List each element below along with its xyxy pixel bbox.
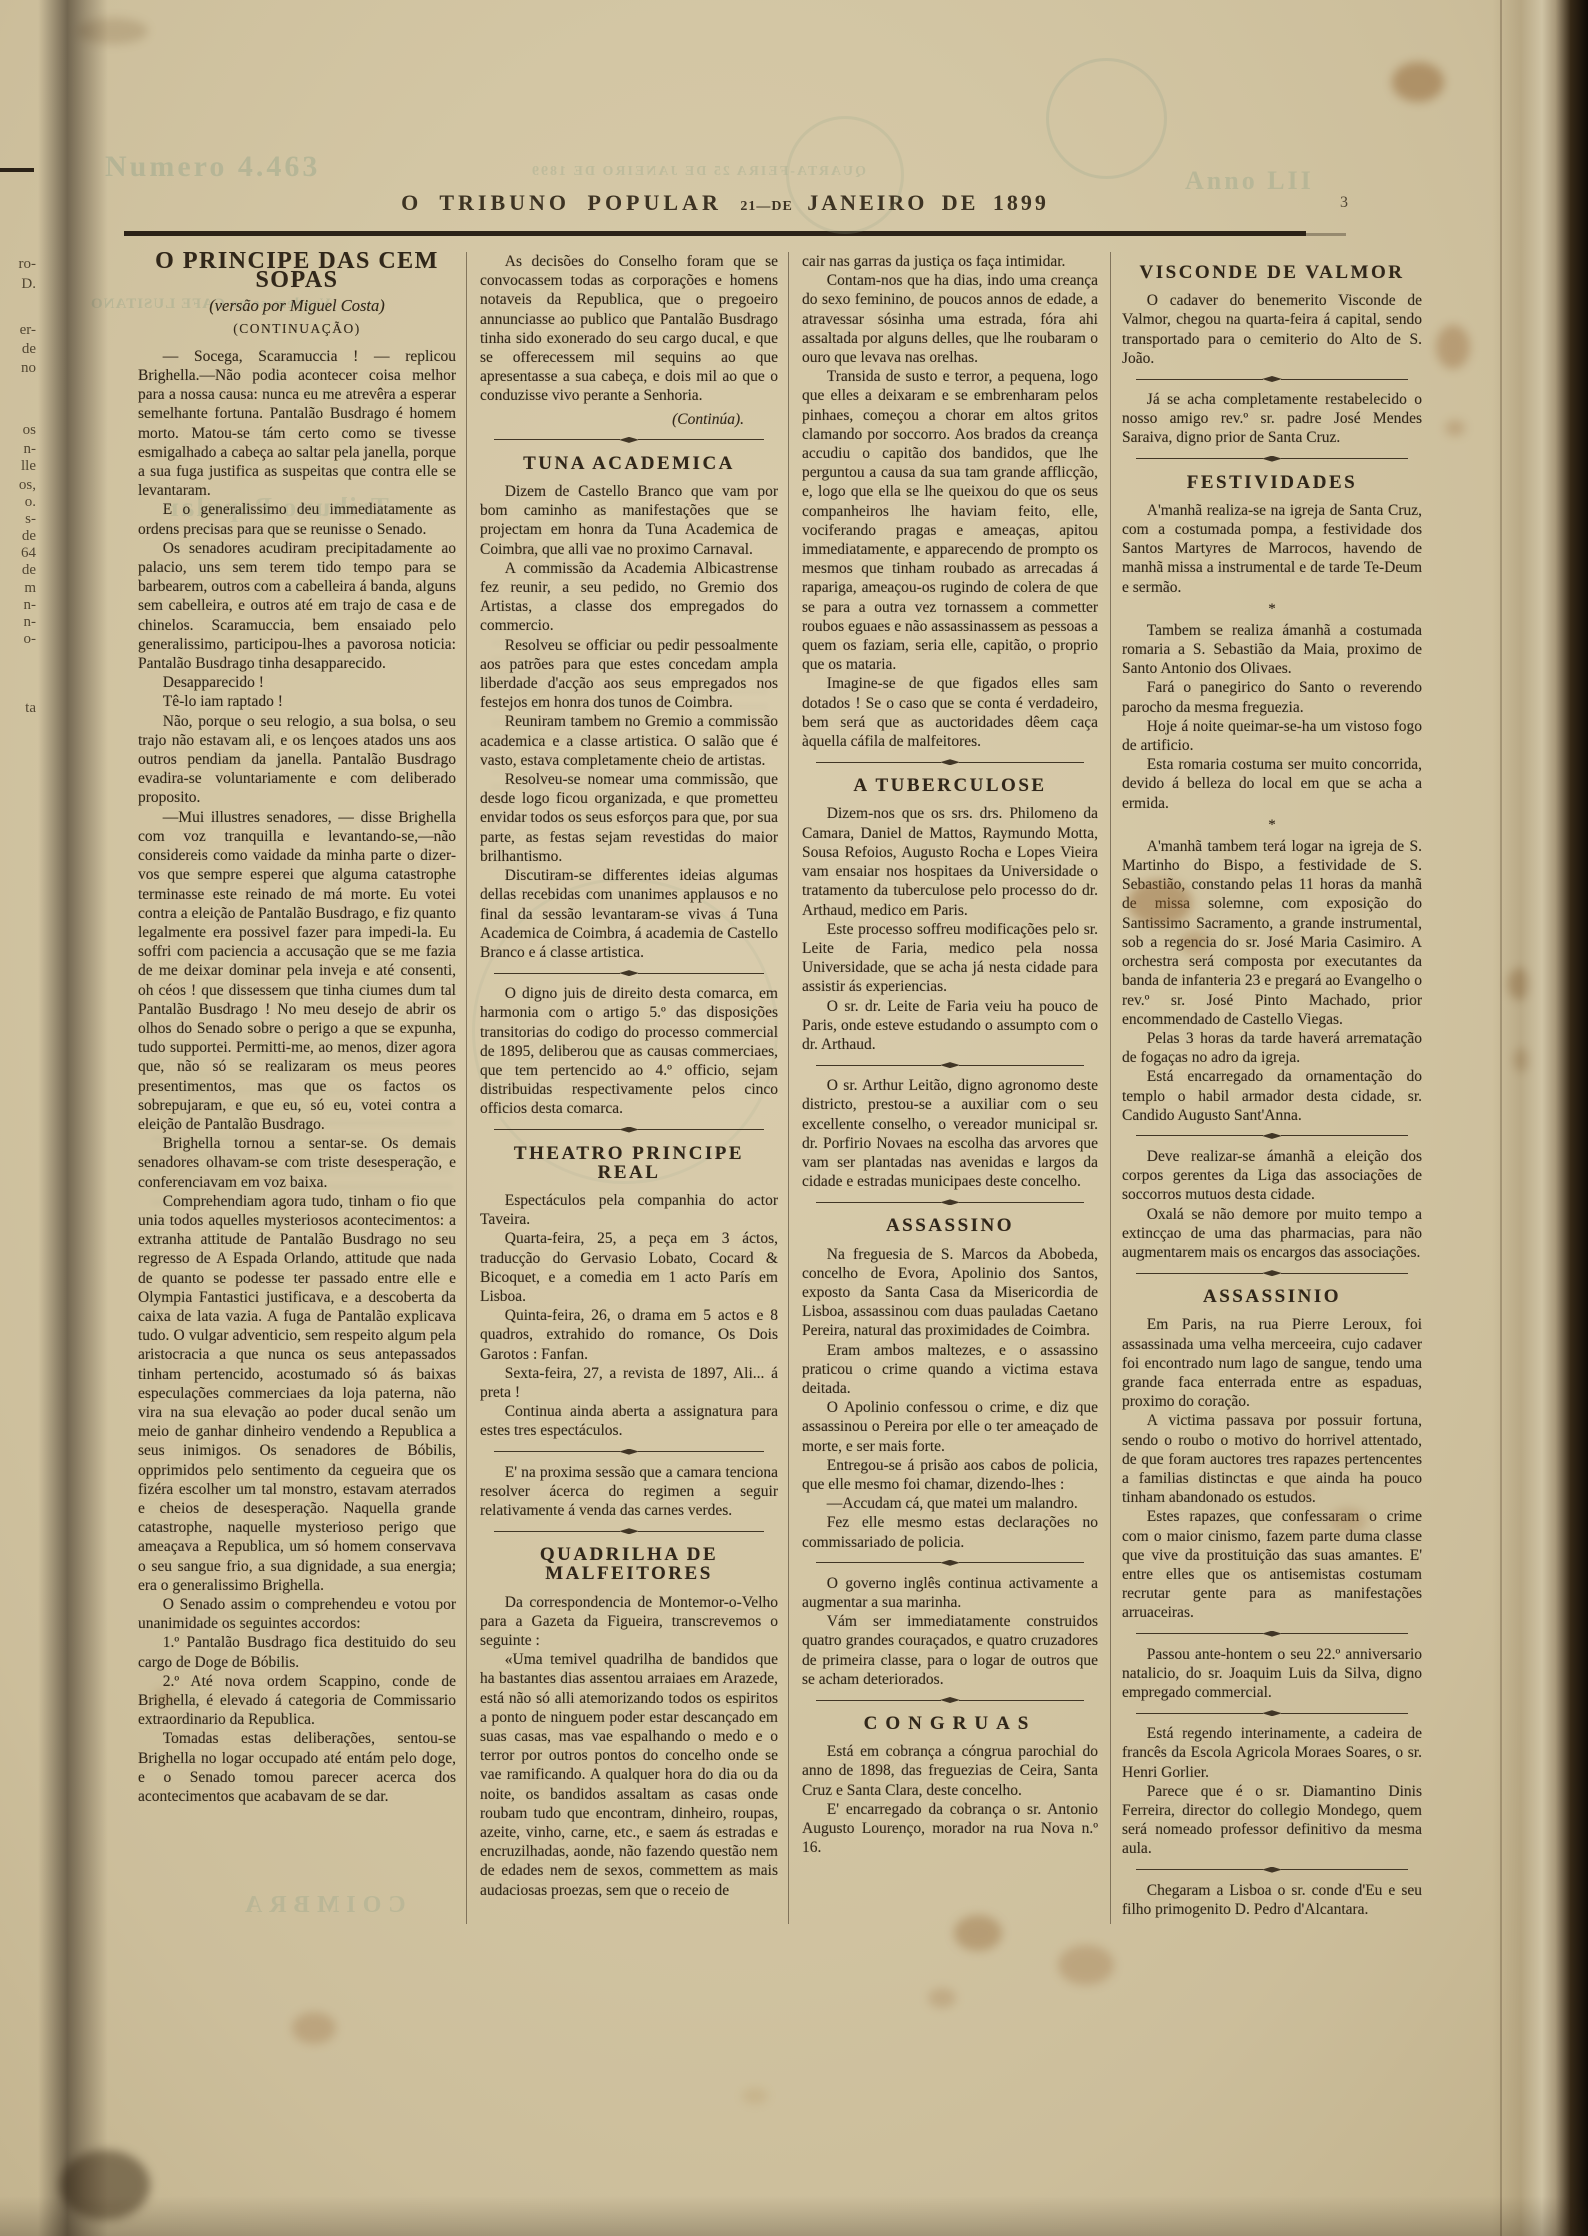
- newspaper-page: ro-D.er-denoosn-lleos,o.s-de64demn-n-o-t…: [0, 0, 1588, 2236]
- article-heading: A TUBERCULOSE: [802, 776, 1098, 795]
- paragraph: Brighella tornou a sentar-se. Os demais …: [138, 1134, 456, 1192]
- paper-stain: [742, 2088, 768, 2104]
- article-note: (CONTINUAÇÃO): [138, 319, 456, 338]
- edge-fragment: D.: [21, 276, 36, 293]
- column-3: cair nas garras da justiça os faça intim…: [802, 252, 1098, 1942]
- article-heading: VISCONDE DE VALMOR: [1122, 263, 1422, 282]
- paragraph: Oxalá se não demore por muito tempo a ex…: [1122, 1205, 1422, 1263]
- paper-stain: [522, 548, 538, 560]
- section-divider: [816, 1199, 1084, 1205]
- paragraph: As decisões do Conselho foram que se con…: [480, 252, 778, 406]
- edge-fragment: de: [22, 341, 36, 358]
- edge-fragment: lle: [21, 458, 36, 475]
- column-rule: [466, 252, 467, 1924]
- diamond-ornament: [940, 1697, 960, 1703]
- paragraph: Esta romaria costuma ser muito concorrid…: [1122, 755, 1422, 813]
- paragraph: Na freguesia de S. Marcos da Abobeda, co…: [802, 1245, 1098, 1341]
- article-title: O PRINCIPE DAS CEM SOPAS: [138, 252, 456, 290]
- paper-stain: [928, 1988, 956, 2008]
- paragraph: — Socega, Scaramuccia ! — replicou Brigh…: [138, 347, 456, 501]
- paper-stain: [1292, 1480, 1314, 1496]
- paragraph: O cadaver do benemerito Visconde de Valm…: [1122, 291, 1422, 368]
- paragraph: Tambem se realiza ámanhã a costumada rom…: [1122, 621, 1422, 679]
- paragraph: Em Paris, na rua Pierre Leroux, foi assa…: [1122, 1315, 1422, 1411]
- paragraph: Desapparecido !: [138, 673, 456, 692]
- paragraph: Comprehendiam agora tudo, tinham o fio q…: [138, 1192, 456, 1595]
- paper-stain: [292, 2012, 336, 2044]
- section-divider: [816, 1697, 1084, 1703]
- paragraph: E o generalissimo deu immediatamente as …: [138, 500, 456, 538]
- section-divider: [1136, 1710, 1408, 1716]
- paragraph: Quarta-feira, 25, a peça em 3 áctos, tra…: [480, 1229, 778, 1306]
- article-heading: TUNA ACADEMICA: [480, 454, 778, 473]
- diamond-ornament: [940, 759, 960, 765]
- paragraph: —Mui illustres senadores, — disse Brighe…: [138, 808, 456, 1134]
- paragraph: «Uma temivel quadrilha de bandidos que h…: [480, 1650, 778, 1900]
- paragraph: A commissão da Academia Albicastrense fe…: [480, 559, 778, 636]
- section-divider: [1136, 1133, 1408, 1139]
- column-2: As decisões do Conselho foram que se con…: [480, 252, 778, 1942]
- edge-fragment: er-: [20, 322, 36, 339]
- edge-fragment: 64: [21, 545, 36, 562]
- newspaper-title: O TRIBUNO POPULAR: [401, 190, 722, 215]
- section-divider: [1136, 1867, 1408, 1873]
- paragraph: Imagine-se de que figados elles sam dota…: [802, 674, 1098, 751]
- edge-fragment: n-: [24, 441, 37, 458]
- paragraph: Vám ser immediatamente construidos quatr…: [802, 1612, 1098, 1689]
- article-star: *: [1122, 818, 1422, 832]
- right-page-edge: [1492, 0, 1588, 2236]
- paragraph: Sexta-feira, 27, a revista de 1897, Ali.…: [480, 1364, 778, 1402]
- paragraph: —Accudam cá, que matei um malandro.: [802, 1494, 1098, 1513]
- paper-stain: [1180, 932, 1210, 954]
- edge-fragment: s-: [25, 511, 36, 528]
- diamond-ornament: [940, 1560, 960, 1566]
- paragraph: Já se acha completamente restabelecido o…: [1122, 390, 1422, 448]
- edge-fragment: n-: [24, 614, 37, 631]
- edge-fragment: o.: [25, 494, 36, 511]
- section-divider: [816, 1062, 1084, 1068]
- edge-rule-fragment: [0, 168, 34, 172]
- paragraph: Está regendo interinamente, a cadeira de…: [1122, 1724, 1422, 1782]
- paragraph: O sr. Arthur Leitão, digno agronomo dest…: [802, 1076, 1098, 1191]
- article-subtitle: (versão por Miguel Costa): [138, 296, 456, 315]
- paragraph: Não, porque o seu relogio, a sua bolsa, …: [138, 712, 456, 808]
- paragraph: Está encarregado da ornamentação do temp…: [1122, 1067, 1422, 1125]
- paragraph: 1.º Pantalão Busdrago fica destituido do…: [138, 1633, 456, 1671]
- paragraph: E' na proxima sessão que a camara tencio…: [480, 1463, 778, 1521]
- paragraph: Deve realizar-se ámanhã a eleição dos co…: [1122, 1147, 1422, 1205]
- paragraph: Este processo soffreu modificações pelo …: [802, 920, 1098, 997]
- paragraph: O sr. dr. Leite de Faria veiu ha pouco d…: [802, 997, 1098, 1055]
- section-divider: [1136, 376, 1408, 382]
- diamond-ornament: [940, 1062, 960, 1068]
- paragraph: A'manhã tambem terá logar na igreja de S…: [1122, 837, 1422, 1029]
- edge-fragment: o-: [24, 631, 37, 648]
- diamond-ornament: [619, 437, 639, 443]
- ghost-text: Numero 4.463: [105, 150, 320, 184]
- diamond-ornament: [619, 970, 639, 976]
- paragraph: O Senado assim o comprehendeu e votou po…: [138, 1595, 456, 1633]
- paper-stain: [1392, 62, 1444, 102]
- diamond-ornament: [1262, 1631, 1282, 1637]
- diamond-ornament: [940, 1199, 960, 1205]
- paragraph: Os senadores acudiram precipitadamente a…: [138, 539, 456, 673]
- edge-fragment: ta: [25, 700, 36, 717]
- edge-fragment: os,: [19, 477, 36, 494]
- paragraph: Contam-nos que ha dias, indo uma creança…: [802, 271, 1098, 367]
- diamond-ornament: [619, 1449, 639, 1455]
- section-divider: [1136, 1631, 1408, 1637]
- paragraph: Dizem de Castello Branco que vam por bom…: [480, 482, 778, 559]
- paper-stain: [1330, 1508, 1366, 1534]
- fold-shadow: [38, 0, 108, 2236]
- edge-fragment: os: [23, 422, 36, 439]
- paragraph: Discutiram-se differentes ideias algumas…: [480, 866, 778, 962]
- article-star: *: [1122, 602, 1422, 616]
- paragraph: cair nas garras da justiça os faça intim…: [802, 252, 1098, 271]
- paragraph: Pelas 3 horas da tarde haverá arremataçã…: [1122, 1029, 1422, 1067]
- edge-fragment: ro-: [19, 256, 37, 273]
- section-divider: [494, 1127, 764, 1133]
- paragraph: Fez elle mesmo estas declarações no comm…: [802, 1513, 1098, 1551]
- paragraph: Parece que é o sr. Diamantino Dinis Ferr…: [1122, 1782, 1422, 1859]
- page-number: 3: [1340, 194, 1348, 212]
- diamond-ornament: [1262, 1867, 1282, 1873]
- paper-stain: [1128, 880, 1192, 926]
- paragraph: O Apolinio confessou o crime, e diz que …: [802, 1398, 1098, 1456]
- section-divider: [494, 1528, 764, 1534]
- edge-fragment: de: [22, 562, 36, 579]
- paragraph: A victima passava por possuir fortuna, s…: [1122, 1411, 1422, 1507]
- paragraph: Reuniram tambem no Gremio a commissão ac…: [480, 712, 778, 770]
- column-1: O PRINCIPE DAS CEM SOPAS(versão por Migu…: [138, 252, 456, 1942]
- section-divider: [816, 1560, 1084, 1566]
- masthead-day: 21—DE: [740, 199, 792, 214]
- diamond-ornament: [1262, 1270, 1282, 1276]
- diamond-ornament: [1262, 456, 1282, 462]
- diamond-ornament: [619, 1528, 639, 1534]
- edge-fragment: de: [22, 528, 36, 545]
- section-divider: [1136, 1270, 1408, 1276]
- paragraph: Hoje á noite queimar-se-ha um vistoso fo…: [1122, 717, 1422, 755]
- paper-stain: [1445, 420, 1465, 436]
- diamond-ornament: [1262, 1133, 1282, 1139]
- paragraph: Fará o panegirico do Santo o reverendo p…: [1122, 678, 1422, 716]
- paragraph: A'manhã realiza-se na igreja de Santa Cr…: [1122, 501, 1422, 597]
- edge-fragment: no: [21, 360, 36, 377]
- paragraph: 2.º Até nova ordem Scappino, conde de Br…: [138, 1672, 456, 1730]
- paragraph: Está em cobrança a cóngrua parochial do …: [802, 1742, 1098, 1800]
- paragraph: E' encarregado da cobrança o sr. Antonio…: [802, 1800, 1098, 1858]
- paragraph: O digno juis de direito desta comarca, e…: [480, 984, 778, 1118]
- column-rule: [1110, 252, 1111, 1924]
- article-heading: ASSASSINIO: [1122, 1287, 1422, 1306]
- paragraph: Dizem-nos que os srs. drs. Philomeno da …: [802, 804, 1098, 919]
- section-divider: [494, 437, 764, 443]
- paragraph: Resolveu-se nomear uma commissão, que de…: [480, 770, 778, 866]
- article-heading: ASSASSINO: [802, 1216, 1098, 1235]
- diamond-ornament: [619, 1127, 639, 1133]
- paragraph: Quinta-feira, 26, o drama em 5 actos e 8…: [480, 1306, 778, 1364]
- paragraph: Resolveu se officiar ou pedir pessoalmen…: [480, 636, 778, 713]
- paragraph: Eram ambos maltezes, e o assassino prati…: [802, 1341, 1098, 1399]
- paragraph: Chegaram a Lisboa o sr. conde d'Eu e seu…: [1122, 1881, 1422, 1919]
- paper-stain: [954, 1915, 1002, 1951]
- left-edge-fragments: ro-D.er-denoosn-lleos,o.s-de64demn-n-o-t…: [0, 0, 40, 2236]
- paragraph: Transida de susto e terror, a pequena, l…: [802, 367, 1098, 674]
- paragraph: Passou ante-hontem o seu 22.º anniversar…: [1122, 1645, 1422, 1703]
- article-heading: FESTIVIDADES: [1122, 473, 1422, 492]
- column-rule: [788, 252, 789, 1924]
- article-signoff: (Continúa).: [480, 410, 778, 429]
- ghost-stamp-circle: [1046, 58, 1167, 179]
- paragraph: Estes rapazes, que confessaram o crime c…: [1122, 1507, 1422, 1622]
- section-divider: [816, 759, 1084, 765]
- section-divider: [494, 970, 764, 976]
- article-heading: QUADRILHA DE MALFEITORES: [480, 1545, 778, 1583]
- paper-stain: [1436, 325, 1470, 369]
- edge-fragment: m: [24, 580, 36, 597]
- paragraph: Tê-lo iam raptado !: [138, 692, 456, 711]
- diamond-ornament: [1262, 376, 1282, 382]
- paragraph: Espectáculos pela companhia do actor Tav…: [480, 1191, 778, 1229]
- column-4: VISCONDE DE VALMORO cadaver do benemerit…: [1122, 252, 1422, 1942]
- bottom-shadow: [0, 2196, 1588, 2236]
- header-rule: [124, 231, 1306, 236]
- article-heading: CONGRUAS: [802, 1714, 1098, 1733]
- header-rule-extension: [1306, 233, 1346, 236]
- ghost-stamp-circle: [786, 116, 904, 234]
- section-divider: [494, 1449, 764, 1455]
- paragraph: O governo inglês continua activamente a …: [802, 1574, 1098, 1612]
- paper-stain: [154, 1690, 174, 1706]
- section-divider: [1136, 456, 1408, 462]
- ghost-text: Anno LII: [1185, 166, 1314, 196]
- paragraph: Continua ainda aberta a assignatura para…: [480, 1402, 778, 1440]
- edge-fragment: n-: [24, 597, 37, 614]
- diamond-ornament: [1262, 1710, 1282, 1716]
- paper-stain: [1058, 1945, 1114, 1985]
- article-heading: THEATRO PRINCIPE REAL: [480, 1144, 778, 1182]
- paragraph: Entregou-se á prisão aos cabos de polici…: [802, 1456, 1098, 1494]
- masthead: O TRIBUNO POPULAR 21—DE JANEIRO DE 1899: [250, 190, 1200, 216]
- paragraph: Da correspondencia de Montemor-o-Velho p…: [480, 1593, 778, 1651]
- paragraph: Tomadas estas deliberações, sentou-se Br…: [138, 1729, 456, 1806]
